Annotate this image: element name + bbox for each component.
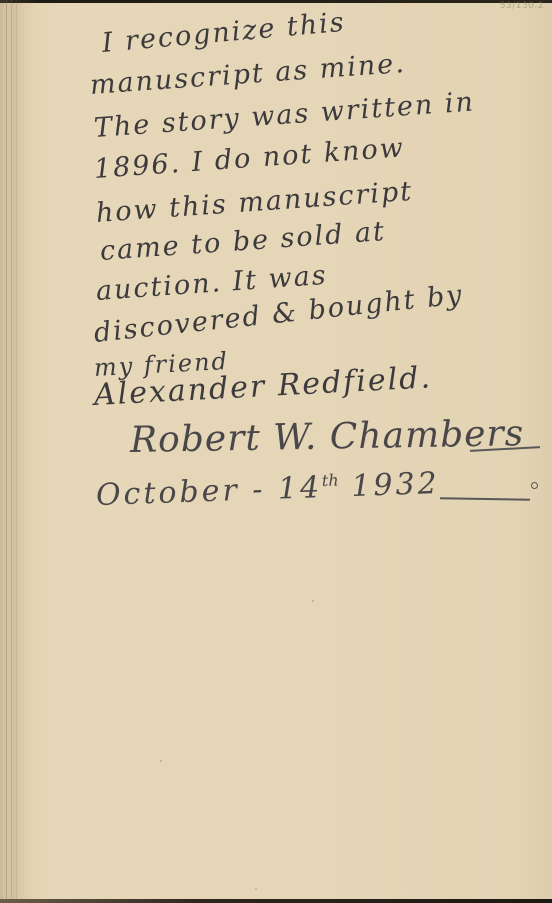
page-top-edge xyxy=(0,0,552,3)
binding-gutter-line xyxy=(6,0,7,903)
binding-gutter-line xyxy=(11,0,12,903)
date-day-suffix: th xyxy=(322,471,339,491)
binding-gutter-line xyxy=(16,0,17,903)
manuscript-page: 53/130.2 I recognize this manuscript as … xyxy=(0,0,552,903)
pencil-catalog-mark: 53/130.2 xyxy=(500,1,544,11)
paper-speck xyxy=(312,600,314,602)
page-bottom-edge xyxy=(0,899,552,903)
date-year: 1932 xyxy=(351,466,441,504)
signature-date: October - 14th 1932 xyxy=(95,466,440,513)
paper-speck xyxy=(160,760,162,762)
date-period-mark xyxy=(531,482,538,489)
author-signature: Robert W. Chambers xyxy=(130,413,525,461)
date-month: October xyxy=(95,473,240,513)
note-line: I recognize this xyxy=(101,7,347,59)
paper-speck xyxy=(255,888,257,890)
date-underline xyxy=(440,497,530,500)
date-day: 14 xyxy=(277,470,322,507)
